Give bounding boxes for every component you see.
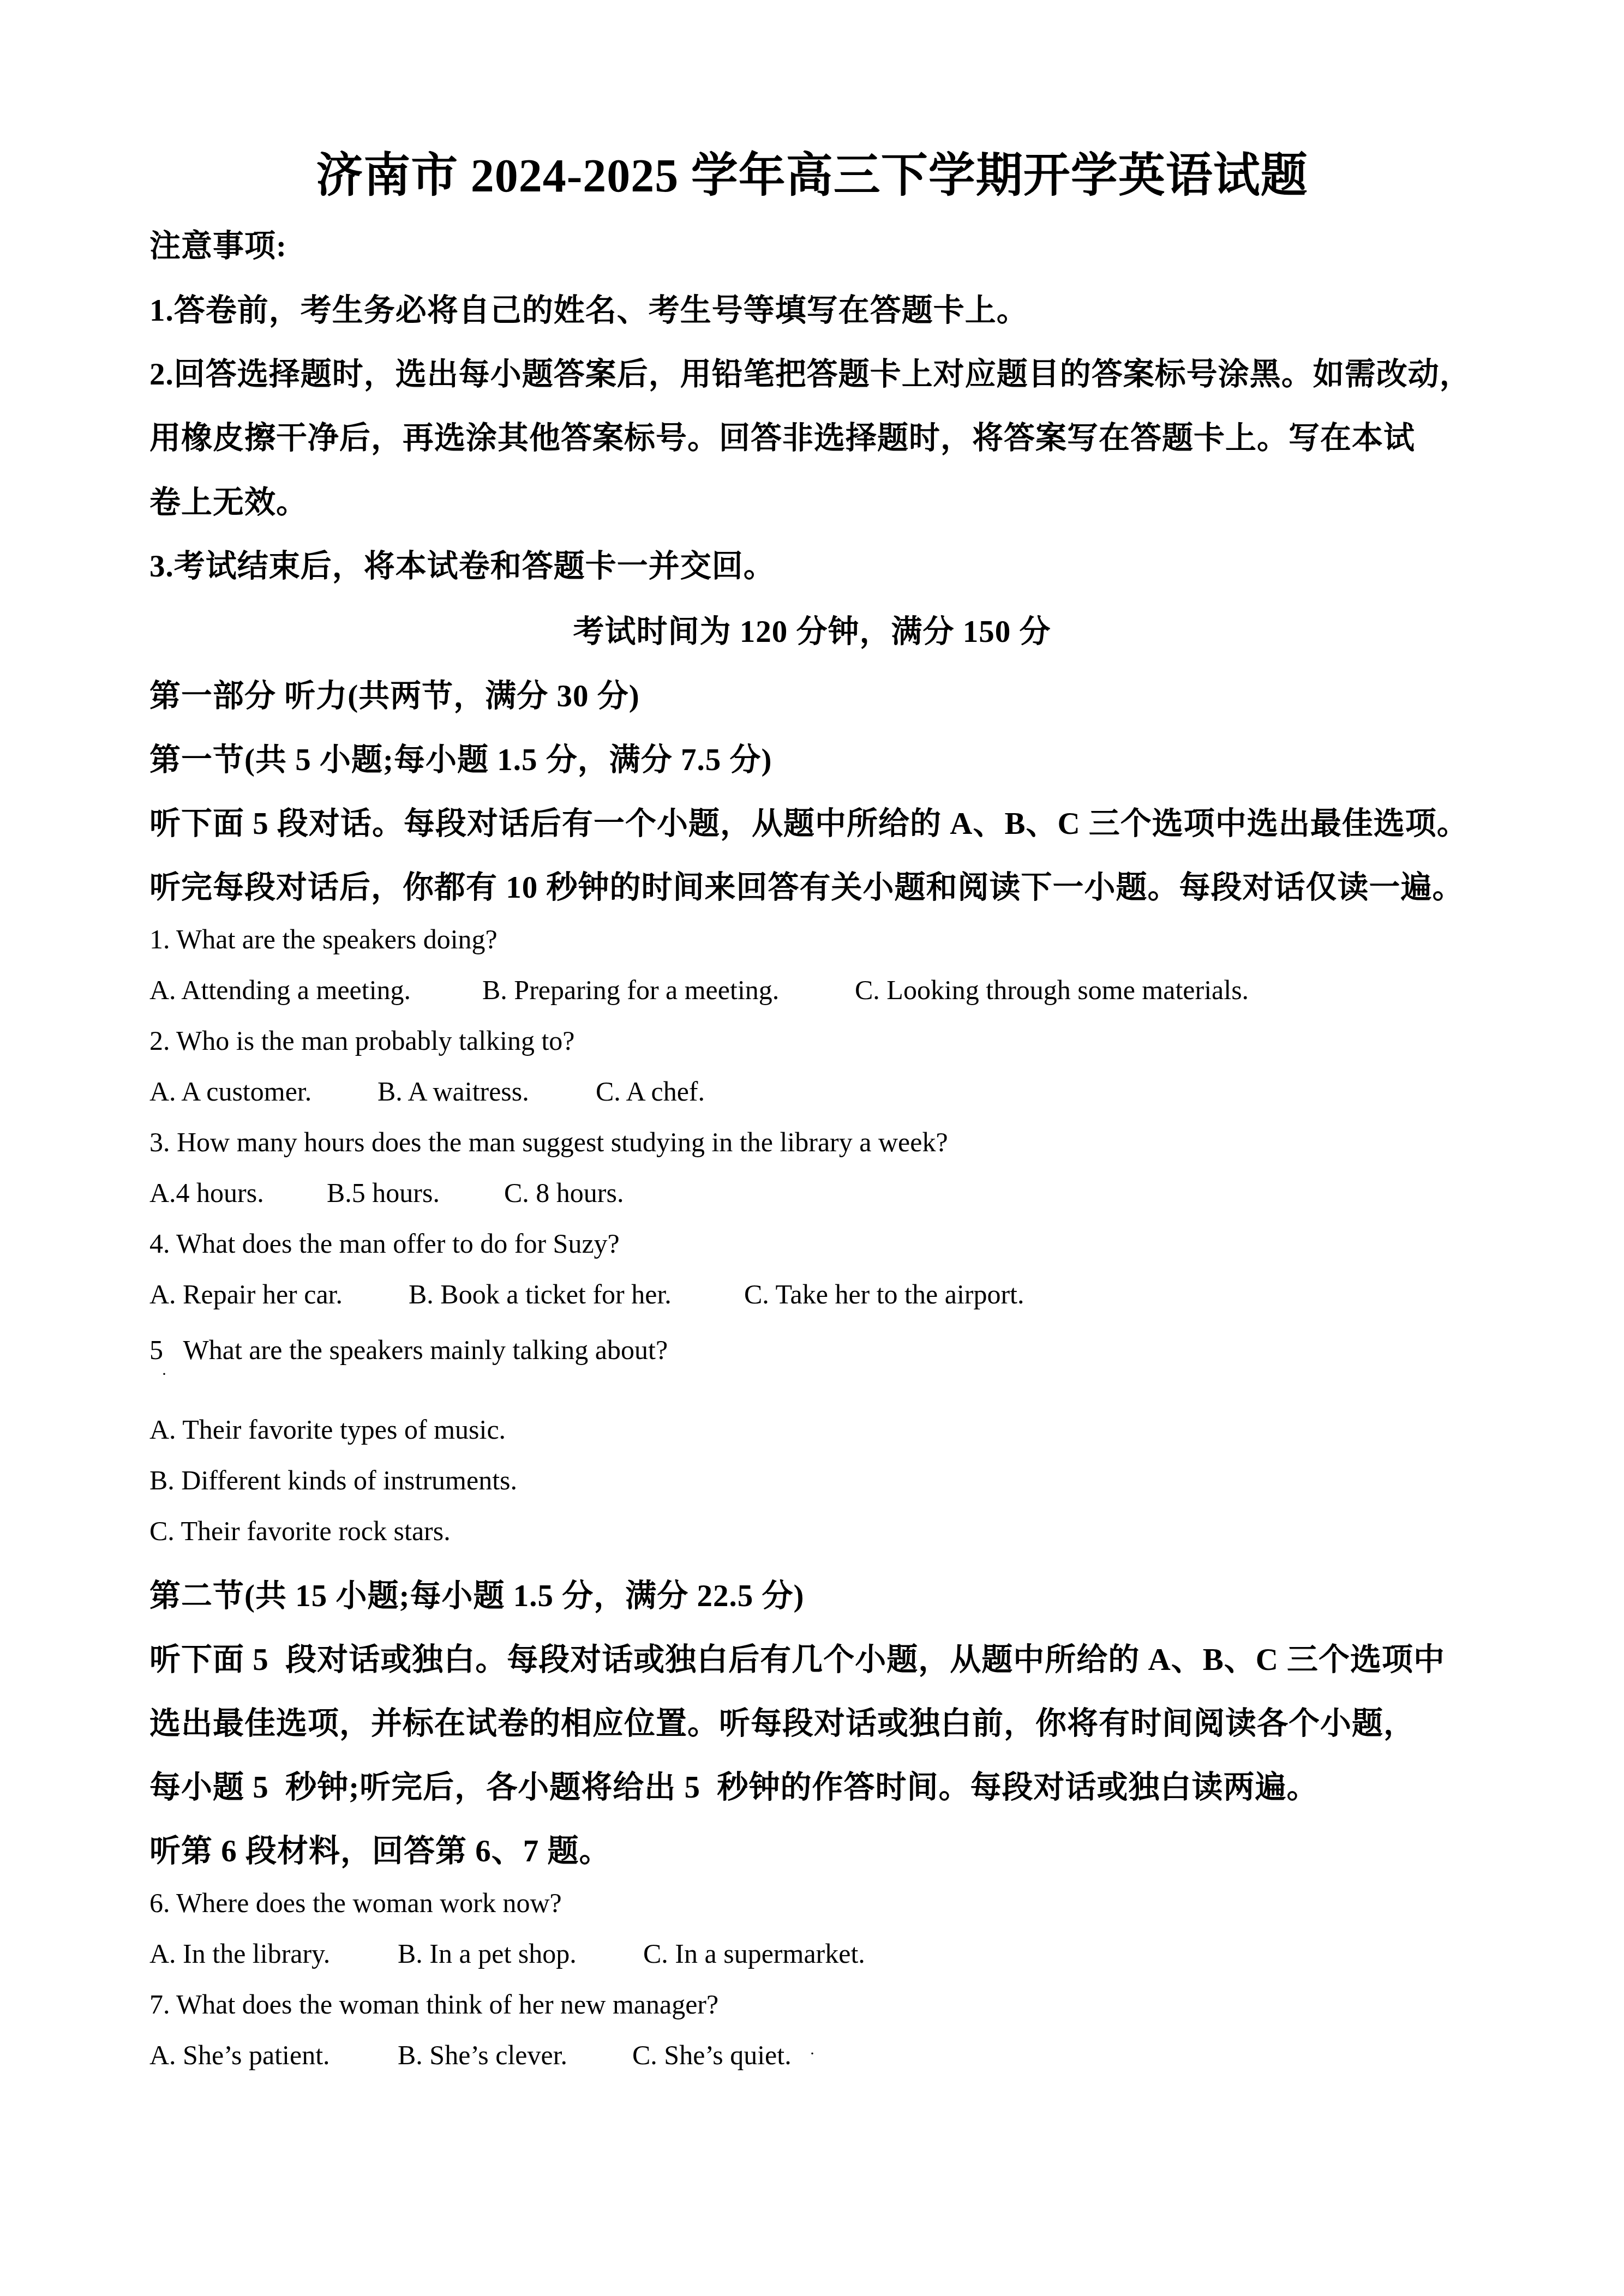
question-1-stem: 1. What are the speakers doing? <box>149 923 498 955</box>
question-2-option-b: B. A waitress. <box>377 1075 529 1107</box>
notice-item-2-line-1: 2.回答选择题时，选出每小题答案后，用铅笔把答题卡上对应题目的答案标号涂黑。如需… <box>149 349 1471 394</box>
section2-instructions-line-1: 听下面 5 段对话或独白。每段对话或独白后有几个小题，从题中所给的 A、B、C … <box>149 1634 1445 1679</box>
question-1-option-b: B. Preparing for a meeting. <box>482 974 779 1006</box>
question-5-option-b: B. Different kinds of instruments. <box>149 1464 517 1496</box>
question-5-option-a: A. Their favorite types of music. <box>149 1414 506 1445</box>
question-3-option-b: B.5 hours. <box>327 1177 440 1209</box>
question-6-option-a: A. In the library. <box>149 1938 330 1969</box>
section1-instructions-line-2: 听完每段对话后，你都有 10 秒钟的时间来回答有关小题和阅读下一小题。每段对话仅… <box>149 862 1464 907</box>
question-7-option-c: C. She’s quiet. <box>632 2039 792 2071</box>
section1-heading: 第一节(共 5 小题;每小题 1.5 分，满分 7.5 分) <box>149 735 772 779</box>
exam-info: 考试时间为 120 分钟，满分 150 分 <box>0 606 1624 651</box>
notice-item-2-line-3: 卷上无效。 <box>149 477 308 522</box>
section2-instructions-line-3: 每小题 5 秒钟;听完后，各小题将给出 5 秒钟的作答时间。每段对话或独白读两遍… <box>149 1762 1318 1807</box>
question-2-option-c: C. A chef. <box>596 1075 705 1107</box>
question-3-option-c: C. 8 hours. <box>504 1177 624 1209</box>
question-4-option-c: C. Take her to the airport. <box>744 1278 1024 1310</box>
trailing-mark: · <box>810 2045 815 2063</box>
material-6-heading: 听第 6 段材料，回答第 6、7 题。 <box>149 1826 611 1871</box>
question-7-option-b: B. She’s clever. <box>398 2039 567 2071</box>
part1-heading: 第一部分 听力(共两节，满分 30 分) <box>149 671 640 716</box>
section2-instructions-line-2: 选出最佳选项，并标在试卷的相应位置。听每段对话或独白前，你将有时间阅读各个小题， <box>149 1698 1415 1743</box>
question-4-option-a: A. Repair her car. <box>149 1278 343 1310</box>
question-1-option-c: C. Looking through some materials. <box>855 974 1249 1006</box>
notice-item-1: 1.答卷前，考生务必将自己的姓名、考生号等填写在答题卡上。 <box>149 285 1028 330</box>
question-2-option-a: A. A customer. <box>149 1075 311 1107</box>
question-6-option-c: C. In a supermarket. <box>643 1938 865 1969</box>
question-1-option-a: A. Attending a meeting. <box>149 974 411 1006</box>
question-3-option-a: A.4 hours. <box>149 1177 264 1209</box>
question-6-option-b: B. In a pet shop. <box>398 1938 577 1969</box>
question-5-stem: 5 What are the speakers mainly talking a… <box>149 1334 668 1366</box>
question-6-stem: 6. Where does the woman work now? <box>149 1887 562 1919</box>
exam-page: 济南市 2024-2025 学年高三下学期开学英语试题 注意事项: 1.答卷前，… <box>0 0 1624 2296</box>
question-7-stem: 7. What does the woman think of her new … <box>149 1988 718 2020</box>
section2-heading: 第二节(共 15 小题;每小题 1.5 分，满分 22.5 分) <box>149 1571 804 1615</box>
question-5-option-c: C. Their favorite rock stars. <box>149 1515 451 1547</box>
section1-instructions-line-1: 听下面 5 段对话。每段对话后有一个小题，从题中所给的 A、B、C 三个选项中选… <box>149 798 1469 843</box>
notice-item-3: 3.考试结束后，将本试卷和答题卡一并交回。 <box>149 541 775 586</box>
notice-heading: 注意事项: <box>149 221 287 266</box>
question-4-option-b: B. Book a ticket for her. <box>409 1278 672 1310</box>
question-7-option-a: A. She’s patient. <box>149 2039 330 2071</box>
question-4-stem: 4. What does the man offer to do for Suz… <box>149 1228 620 1259</box>
question-3-stem: 3. How many hours does the man suggest s… <box>149 1126 948 1158</box>
exam-title: 济南市 2024-2025 学年高三下学期开学英语试题 <box>0 137 1624 205</box>
notice-item-2-line-2: 用橡皮擦干净后，再选涂其他答案标号。回答非选择题时，将答案写在答题卡上。写在本试 <box>149 413 1415 458</box>
question-2-stem: 2. Who is the man probably talking to? <box>149 1025 575 1056</box>
stray-mark: · <box>161 1365 167 1384</box>
